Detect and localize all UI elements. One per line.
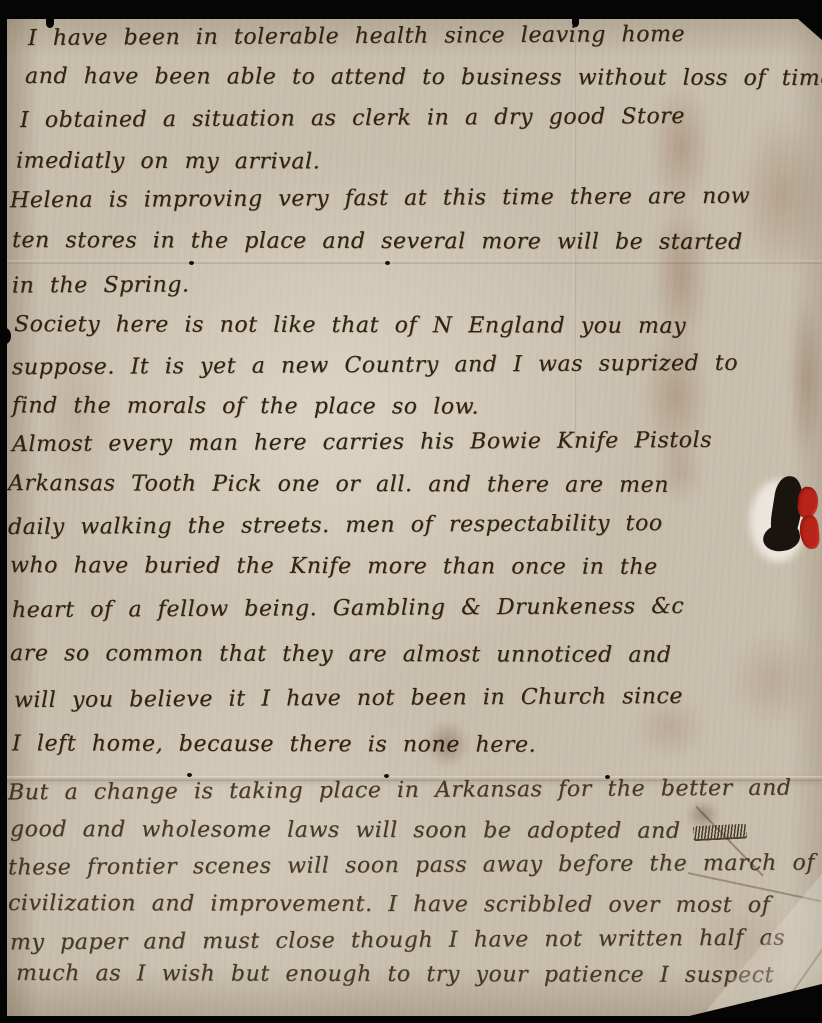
- pinhole: [189, 261, 194, 265]
- letter-line: Almost every man here carries his Bowie …: [12, 426, 712, 460]
- letter-line: in the Spring.: [12, 270, 190, 301]
- letter-line: But a change is taking place in Arkansas…: [8, 774, 792, 809]
- pinhole: [384, 774, 389, 778]
- paper-edge-notch: [46, 19, 54, 28]
- letter-line: will you believe it I have not been in C…: [14, 682, 683, 716]
- stain: [424, 720, 470, 768]
- letter-line: Arkansas Tooth Pick one or all. and ther…: [8, 469, 669, 501]
- stain: [650, 82, 712, 212]
- letter-line: good and wholesome laws will soon be ado…: [10, 815, 747, 847]
- letter-line: imediatly on my arrival.: [16, 147, 320, 178]
- stain: [690, 890, 800, 1000]
- letter-line: I obtained a situation as clerk in a dry…: [20, 102, 685, 136]
- stain: [740, 115, 822, 275]
- pinhole: [385, 261, 390, 265]
- letter-line: Helena is improving very fast at this ti…: [10, 182, 750, 217]
- scanned-letter-page: I have been in tolerable health since le…: [0, 0, 822, 1023]
- letter-line: civilization and improvement. I have scr…: [8, 889, 770, 921]
- letter-line: my paper and must close though I have no…: [10, 924, 785, 959]
- letter-line: I have been in tolerable health since le…: [28, 20, 685, 54]
- letter-line: are so common that they are almost unnot…: [10, 639, 672, 671]
- letter-line: much as I wish but enough to try your pa…: [16, 959, 774, 991]
- stain: [655, 435, 705, 505]
- paper-edge-notch: [0, 328, 11, 344]
- letter-line: suppose. It is yet a new Country and I w…: [12, 349, 738, 383]
- letter-line: heart of a fellow being. Gambling & Drun…: [12, 592, 684, 626]
- letter-line-text: good and wholesome laws will soon be ado…: [10, 817, 681, 844]
- scan-edge-top: [0, 0, 822, 19]
- stain: [632, 695, 707, 760]
- scan-edge-left: [0, 0, 7, 1023]
- letter-line: who have buried the Knife more than once…: [10, 551, 658, 583]
- stain: [728, 630, 818, 730]
- letter-line: ten stores in the place and several more…: [12, 226, 743, 258]
- stain: [40, 330, 115, 500]
- letter-line: these frontier scenes will soon pass awa…: [8, 849, 815, 884]
- letter-line: and have been able to attend to business…: [25, 62, 822, 94]
- letter-line: Society here is not like that of N Engla…: [14, 310, 686, 342]
- pinhole: [187, 773, 192, 777]
- pinhole: [605, 775, 610, 779]
- stain: [686, 800, 720, 830]
- stain: [788, 295, 822, 465]
- paper-edge-notch: [572, 19, 579, 27]
- letter-line: daily walking the streets. men of respec…: [8, 509, 663, 543]
